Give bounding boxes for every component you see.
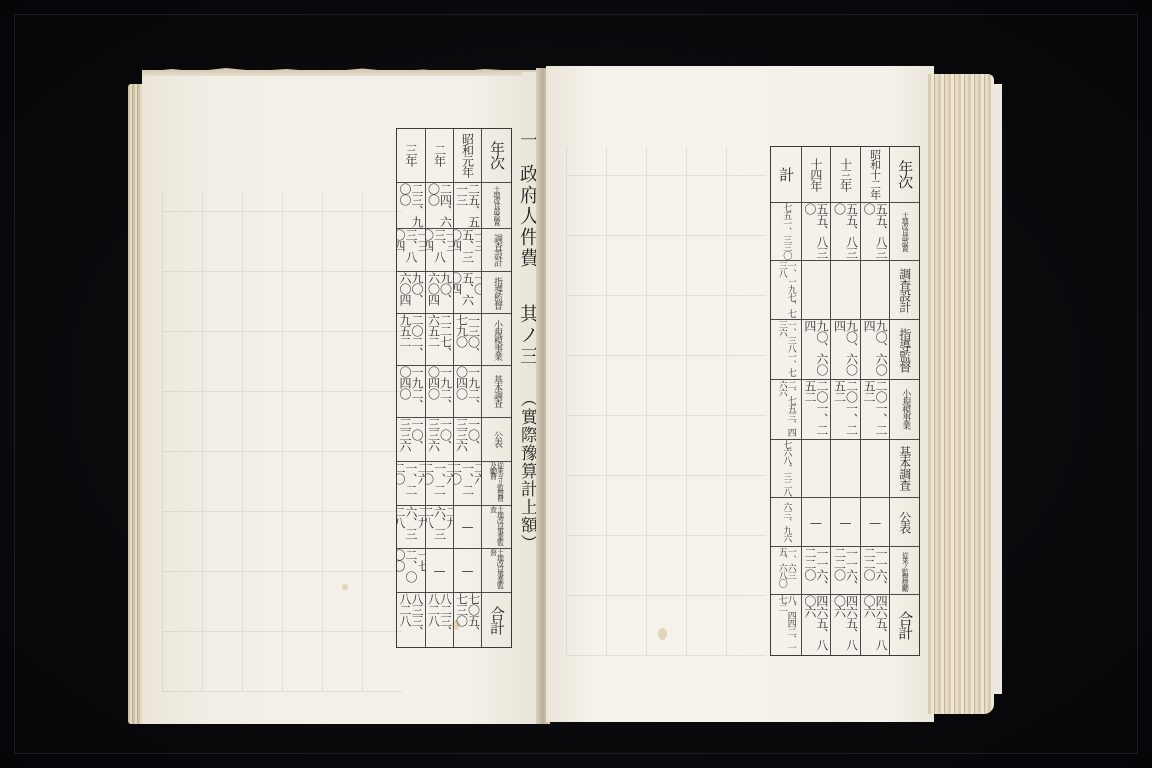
cell-total: 七〇五、七三〇 — [454, 593, 481, 647]
cell-value: 一〇五、六〇四 — [454, 272, 481, 314]
cell-value: 一九二、〇四〇 — [397, 366, 425, 418]
cell-value: 一、六三五、六八〇 — [771, 547, 801, 595]
row-label: 基本調査 — [482, 366, 511, 418]
paper-stain — [658, 628, 667, 640]
header-year: 年次 — [890, 147, 919, 203]
column-showa-3: 三年 二三、九〇〇 一三三、八〇四 九〇、六〇四 二〇二、九五二 一九二、〇四〇… — [397, 129, 425, 647]
column-header: 二年 — [426, 129, 453, 183]
cell-value: 二二七、六五二 — [426, 314, 453, 366]
cell-total: 四六五、八〇六 — [831, 595, 860, 655]
row-label-column: 年次 土地改良部設置 調査設計 指導監督 小規模事業 基本調査 公表 從來ノ監督… — [889, 147, 919, 655]
cell-value: — — [454, 549, 481, 593]
cell-value: 五五、八三〇 — [861, 203, 890, 261]
row-label-total: 合計 — [890, 595, 919, 655]
open-ledger-book: 一 政府人件費 其ノ三 （實際豫算計上額） 年次 土地改良部設置 調査設計 指導… — [128, 66, 1000, 726]
cell-value: 一〇、三三六 — [454, 418, 481, 462]
column-header: 昭和十二年 — [861, 147, 890, 203]
column-header: 計 — [771, 147, 801, 203]
paper-stain — [342, 584, 348, 590]
cell-value: 二六一、二二〇 — [426, 462, 453, 506]
column-showa-13: 十三年 五五、八三〇 九〇、六〇四 二〇一、二五二 — 一一六、二二〇 四六五、… — [830, 147, 860, 655]
column-header: 十三年 — [831, 147, 860, 203]
cell-value: 一一六、二二〇 — [831, 547, 860, 595]
row-label: 小規模事業 — [482, 314, 511, 366]
cell-value: 二六一、二二〇 — [454, 462, 481, 506]
right-page-stack — [928, 74, 994, 714]
cell-value: 二三、九〇〇 — [397, 183, 425, 229]
cell-value: 二〇二、九五二 — [397, 314, 425, 366]
row-label: 土地改良部設置 — [482, 183, 511, 229]
row-label: 小規模事業 — [890, 380, 919, 440]
cell-value: 七六八、三二八 — [771, 440, 801, 498]
cell-value — [831, 261, 860, 321]
cell-value: 二六一、二二〇 — [397, 462, 425, 506]
cell-value: 一〇、三三六 — [426, 418, 453, 462]
torn-top-edge — [142, 66, 522, 76]
cell-value: 一三三、八〇四 — [397, 229, 425, 273]
cell-value: 五五、八三〇 — [831, 203, 860, 261]
row-label: 調査設計 — [890, 261, 919, 321]
header-year: 年次 — [482, 129, 511, 183]
cell-value — [831, 440, 860, 498]
cell-value: 二九六、三二八 — [426, 506, 453, 550]
cell-value: 一九二、〇四〇 — [454, 366, 481, 418]
column-showa-1: 昭和元年 二五、五一三 一三五、三〇四 一〇五、六〇四 一三〇、七九〇 一九二、… — [453, 129, 481, 647]
row-label: 從來ノ監督獎勵 — [890, 547, 919, 595]
row-label-total: 合計 — [482, 593, 511, 647]
row-label: 指導監督 — [482, 272, 511, 314]
cell-total: 四六五、八〇六 — [861, 595, 890, 655]
cell-value: 二五、五一三 — [454, 183, 481, 229]
row-label: 公表 — [890, 498, 919, 548]
bleed-through-grid — [162, 192, 402, 692]
cell-total: 八三三、八二八 — [397, 593, 425, 647]
cell-value: — — [861, 498, 890, 548]
cell-value: 一、一九七、七三八 — [771, 261, 801, 321]
row-label: 土地改良事業監督 — [482, 549, 511, 593]
cell-total: 八、四四二、一七二 — [771, 595, 801, 655]
cell-value: 九〇、六〇四 — [397, 272, 425, 314]
right-expense-table: 年次 土地改良部設置 調査設計 指導監督 小規模事業 基本調査 公表 從來ノ監督… — [770, 146, 920, 656]
cell-total: 四六五、八〇六 — [802, 595, 831, 655]
cell-value — [861, 261, 890, 321]
cell-value: 一三三、八〇四 — [426, 229, 453, 273]
cell-value: 二〇一、二五二 — [802, 380, 831, 440]
cell-value: 一一六、二二〇 — [802, 547, 831, 595]
column-sum: 計 七五一、三三〇 一、一九七、七三八 一、三八一、七三六 二、七五三、四六六 … — [771, 147, 801, 655]
cell-total: 八二三、八二八 — [426, 593, 453, 647]
row-label-column: 年次 土地改良部設置 調査設計 指導監督 小規模事業 基本調査 公表 從來ヨリ監… — [481, 129, 511, 647]
cell-value: 二〇一、二五二 — [831, 380, 860, 440]
cell-value: 一七二、〇〇〇 — [397, 549, 425, 593]
cell-value: 一、三八一、七三六 — [771, 320, 801, 380]
column-header: 十四年 — [802, 147, 831, 203]
column-header: 三年 — [397, 129, 425, 183]
cell-value: 一〇、三三六 — [397, 418, 425, 462]
cell-value: — — [802, 498, 831, 548]
cell-value: 五五、八三〇 — [802, 203, 831, 261]
row-label: 指導監督 — [890, 320, 919, 380]
title-note: （實際豫算計上額） — [517, 390, 537, 552]
cell-value: 一三〇、七九〇 — [454, 314, 481, 366]
column-header: 昭和元年 — [454, 129, 481, 183]
cell-value: 九〇、六〇四 — [802, 320, 831, 380]
left-page: 一 政府人件費 其ノ三 （實際豫算計上額） 年次 土地改良部設置 調査設計 指導… — [142, 70, 544, 724]
row-label: 從來ヨリ監督費及勵費 — [482, 462, 511, 506]
cell-value — [861, 440, 890, 498]
cell-value: 二〇一、二五二 — [861, 380, 890, 440]
cell-value: 二九六、三二八 — [397, 506, 425, 550]
row-label: 基本調査 — [890, 440, 919, 498]
column-showa-2: 二年 二四、六〇〇 一三三、八〇四 九〇、六〇四 二二七、六五二 一九二、〇四〇… — [425, 129, 453, 647]
cell-value: 七五一、三三〇 — [771, 203, 801, 261]
cell-value: 二四、六〇〇 — [426, 183, 453, 229]
cell-value: — — [426, 549, 453, 593]
cell-value: 九〇、六〇四 — [426, 272, 453, 314]
cell-value: — — [831, 498, 860, 548]
cell-value: 九〇、六〇四 — [861, 320, 890, 380]
column-showa-12: 昭和十二年 五五、八三〇 九〇、六〇四 二〇一、二五二 — 一一六、二二〇 四六… — [860, 147, 890, 655]
column-showa-14: 十四年 五五、八三〇 九〇、六〇四 二〇一、二五二 — 一一六、二二〇 四六五、… — [801, 147, 831, 655]
cell-value: — — [454, 506, 481, 550]
row-label: 公表 — [482, 418, 511, 462]
cell-value — [802, 440, 831, 498]
row-label: 土地改良事業監査 — [482, 506, 511, 550]
cell-value: 六三、九六 — [771, 498, 801, 548]
row-label: 調査設計 — [482, 229, 511, 273]
cell-value: 一一六、二二〇 — [861, 547, 890, 595]
left-expense-table: 年次 土地改良部設置 調査設計 指導監督 小規模事業 基本調査 公表 從來ヨリ監… — [396, 128, 512, 648]
right-page: 年次 土地改良部設置 調査設計 指導監督 小規模事業 基本調査 公表 從來ノ監督… — [546, 66, 934, 722]
cell-value — [802, 261, 831, 321]
cell-value: 二、七五三、四六六 — [771, 380, 801, 440]
cell-value: 九〇、六〇四 — [831, 320, 860, 380]
bleed-through-grid — [566, 146, 766, 656]
cell-value: 一三五、三〇四 — [454, 229, 481, 273]
cell-value: 一九二、〇四〇 — [426, 366, 453, 418]
row-label: 土地改良部設置 — [890, 203, 919, 261]
